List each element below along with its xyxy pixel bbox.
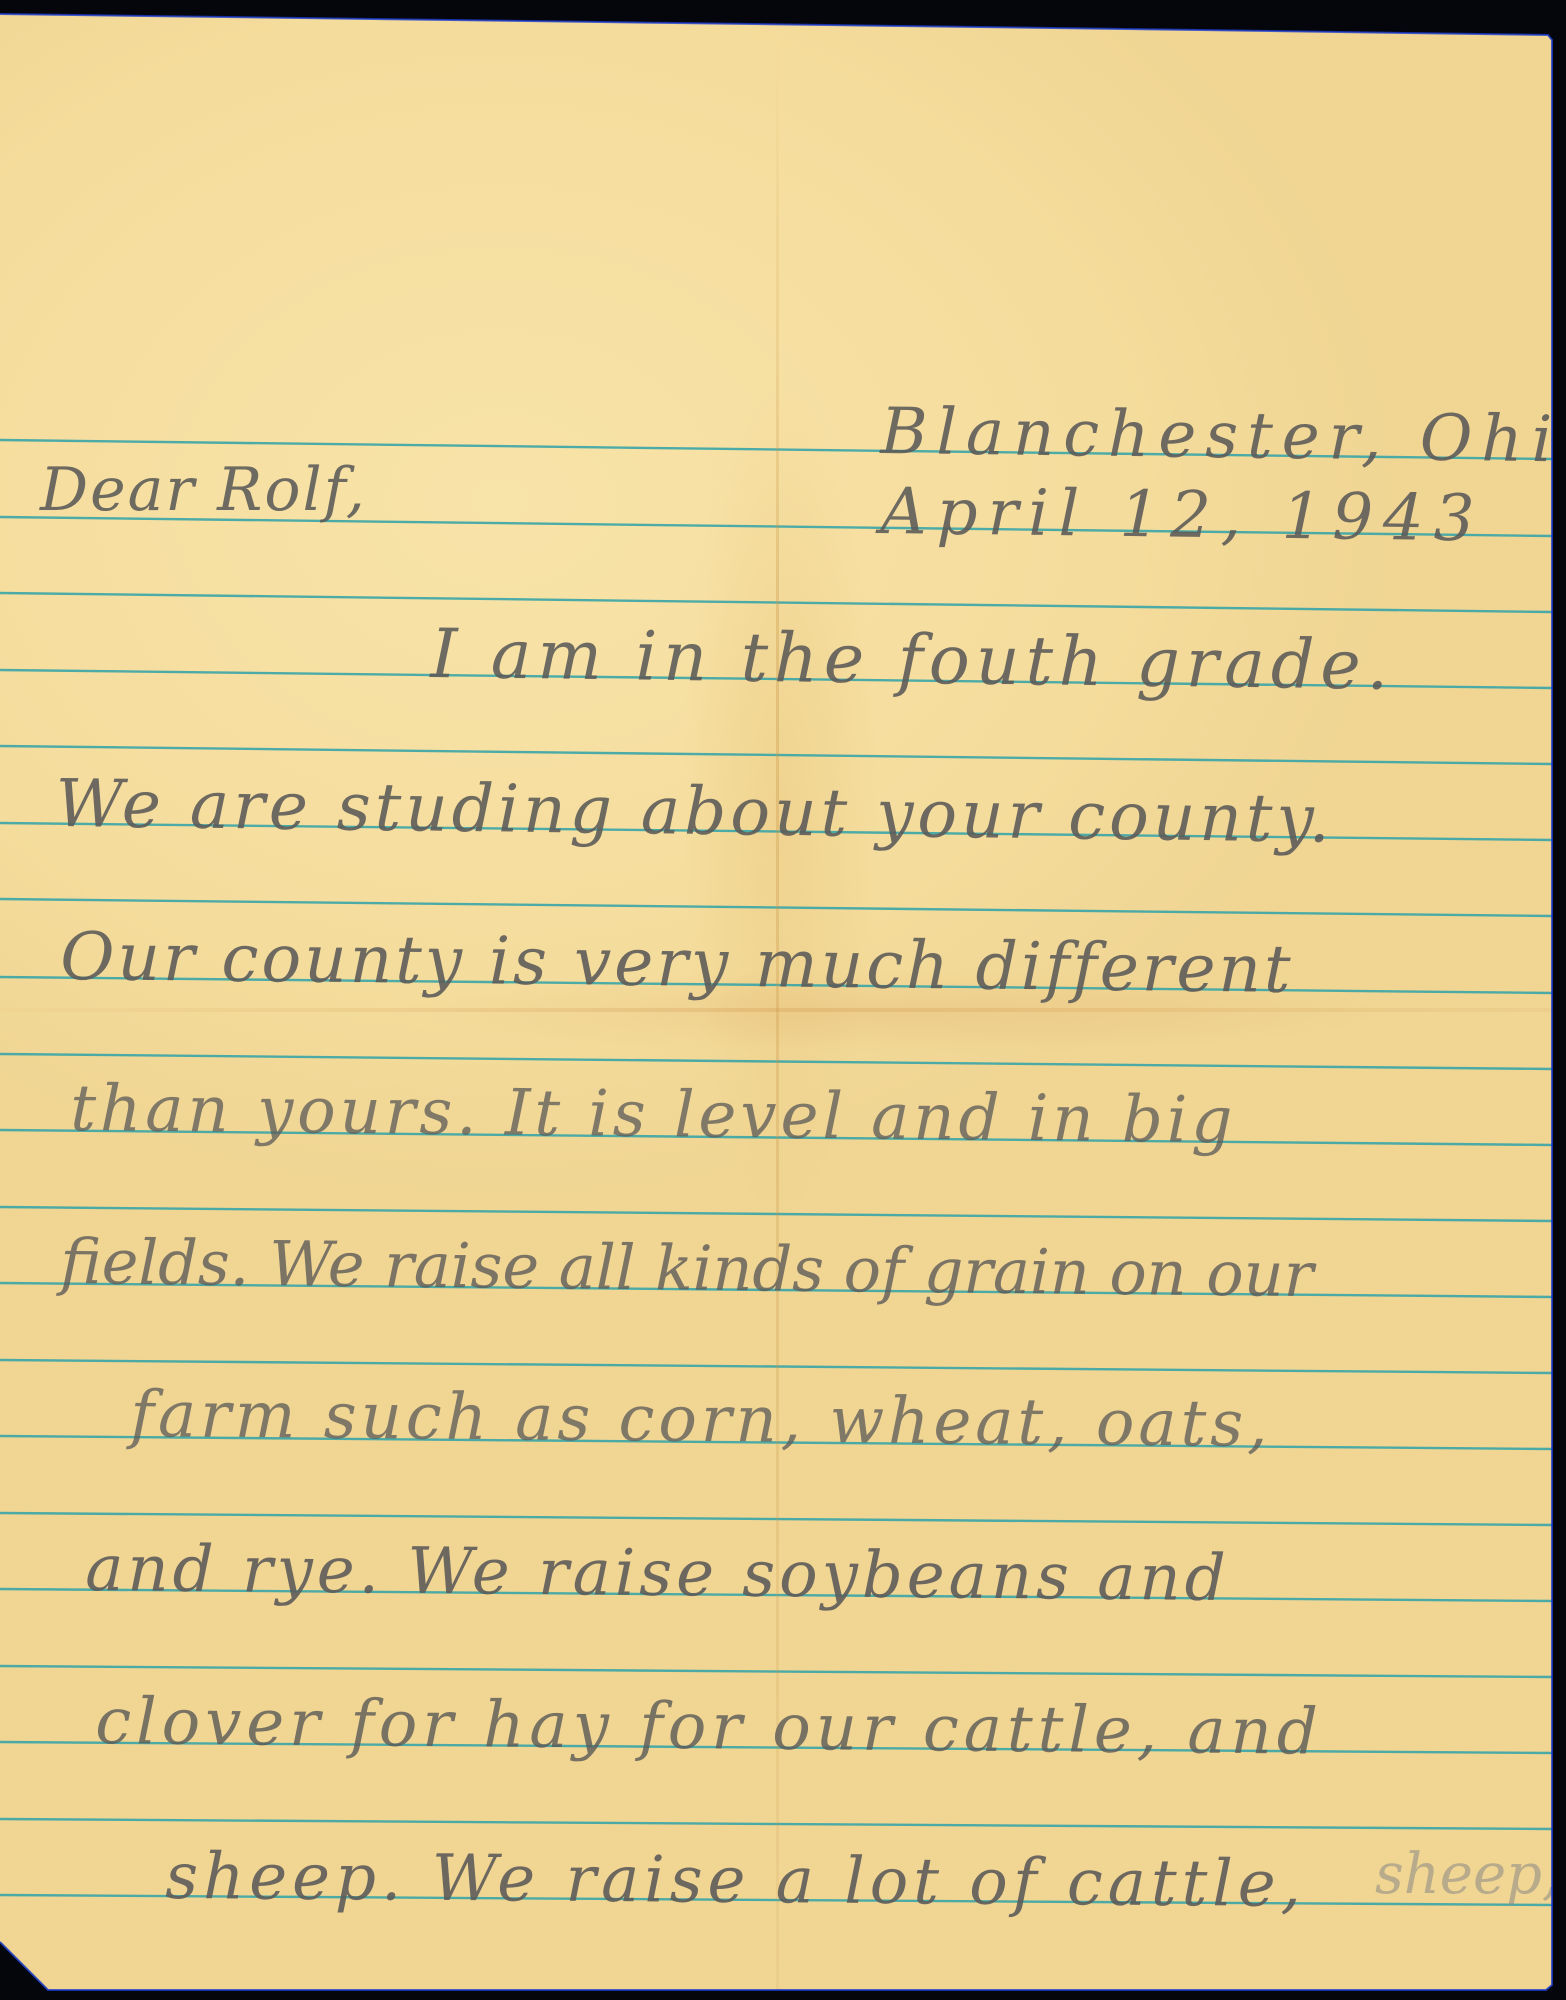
salutation: Dear Rolf, bbox=[40, 455, 367, 525]
body-line-5: fields. We raise all kinds of grain on o… bbox=[60, 1225, 1314, 1311]
body-line-1: I am in the fouth grade. bbox=[430, 615, 1395, 706]
body-line-2: We are studing about your county. bbox=[55, 765, 1334, 858]
body-line-6: farm such as corn, wheat, oats, bbox=[130, 1378, 1272, 1462]
letter-date: April 12, 1943 bbox=[880, 475, 1485, 556]
letter-paper: Blanchester, Ohio April 12, 1943 Dear Ro… bbox=[0, 0, 1552, 1990]
horizontal-fold-crease bbox=[0, 1008, 1552, 1012]
body-line-8: clover for hay for our cattle, and bbox=[95, 1685, 1323, 1770]
body-line-7: and rye. We raise soybeans and bbox=[85, 1532, 1230, 1616]
body-line-9: sheep. We raise a lot of cattle, bbox=[165, 1840, 1306, 1922]
body-line-3: Our county is very much different bbox=[60, 918, 1294, 1008]
body-line-4: than yours. It is level and in big bbox=[70, 1072, 1237, 1158]
letter-place: Blanchester, Ohio bbox=[880, 395, 1566, 478]
faded-word: sheep, bbox=[1375, 1842, 1560, 1907]
